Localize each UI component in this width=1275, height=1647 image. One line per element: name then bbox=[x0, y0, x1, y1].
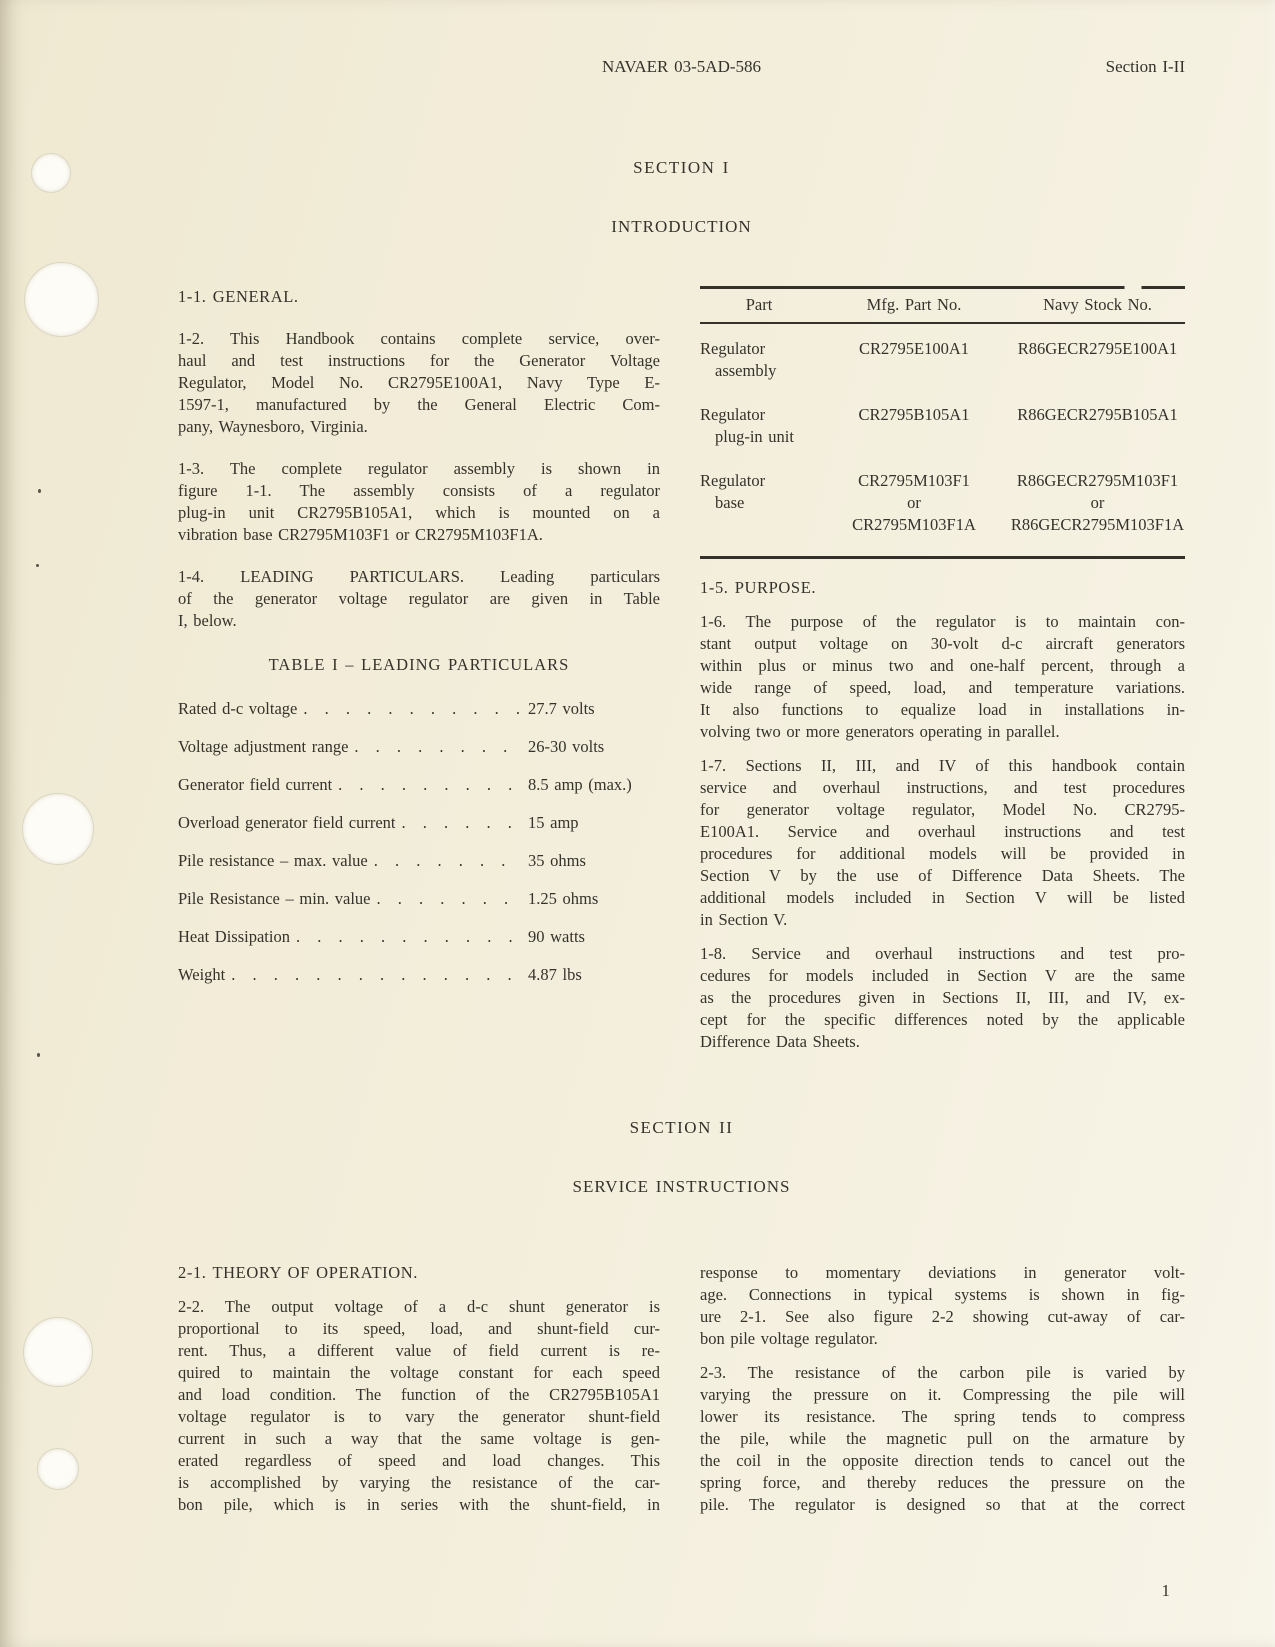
punch-hole bbox=[24, 262, 99, 337]
dot-leader bbox=[402, 804, 522, 842]
part-cell: Regulatorassembly bbox=[700, 338, 818, 382]
parts-table: Part Mfg. Part No. Navy Stock No. Regula… bbox=[700, 286, 1185, 559]
paragraph-2-2-continued: response to momentary deviations in gene… bbox=[700, 1262, 1185, 1350]
paragraph-1-2: 1-2. This Handbook contains complete ser… bbox=[178, 328, 660, 438]
header-section-label: Section I-II bbox=[1106, 56, 1185, 78]
section2-title: SECTION II bbox=[178, 1117, 1185, 1139]
dot-leader bbox=[377, 880, 522, 918]
particular-value: 1.25 ohms bbox=[528, 880, 660, 918]
table-row: Regulatorassembly CR2795E100A1 R86GECR27… bbox=[700, 338, 1185, 382]
dot-leader bbox=[303, 690, 522, 728]
punch-hole bbox=[22, 793, 94, 865]
parts-table-header: Part Mfg. Part No. Navy Stock No. bbox=[700, 289, 1185, 322]
particular-label: Pile resistance – max. value bbox=[178, 842, 368, 880]
particular-value: 35 ohms bbox=[528, 842, 660, 880]
section1-subtitle: INTRODUCTION bbox=[178, 216, 1185, 238]
section1-left-column: 1-1. GENERAL. 1-2. This Handbook contain… bbox=[178, 286, 660, 1065]
dot-leader bbox=[296, 918, 522, 956]
paragraph-1-7: 1-7. Sections II, III, and IV of this ha… bbox=[700, 755, 1185, 931]
table-row: Heat Dissipation 90 watts bbox=[178, 918, 660, 956]
particular-label: Pile Resistance – min. value bbox=[178, 880, 371, 918]
particular-label: Generator field current bbox=[178, 766, 332, 804]
page-number: 1 bbox=[178, 1580, 1185, 1602]
particular-value: 4.87 lbs bbox=[528, 956, 660, 994]
page-content: NAVAER 03-5AD-586 Section I-II SECTION I… bbox=[178, 56, 1185, 1602]
section2-right-column: response to momentary deviations in gene… bbox=[700, 1262, 1185, 1536]
section2-subtitle: SERVICE INSTRUCTIONS bbox=[178, 1176, 1185, 1198]
table1-title: TABLE I – LEADING PARTICULARS bbox=[178, 654, 660, 676]
table-rule-bottom bbox=[700, 556, 1185, 559]
dot-leader bbox=[231, 956, 522, 994]
paragraph-1-4: 1-4. LEADING PARTICULARS. Leading partic… bbox=[178, 566, 660, 632]
particular-label: Overload generator field current bbox=[178, 804, 396, 842]
table-row: Generator field current 8.5 amp (max.) bbox=[178, 766, 660, 804]
column-header-mfg: Mfg. Part No. bbox=[828, 294, 1000, 316]
punch-hole bbox=[37, 1448, 79, 1490]
section1-title: SECTION I bbox=[178, 157, 1185, 179]
mfg-part-no-cell: CR2795M103F1orCR2795M103F1A bbox=[828, 470, 1000, 536]
particular-label: Weight bbox=[178, 956, 225, 994]
dot-leader bbox=[338, 766, 522, 804]
mfg-part-no-cell: CR2795B105A1 bbox=[828, 404, 1000, 448]
navy-stock-no-cell: R86GECR2795M103F1orR86GECR2795M103F1A bbox=[1010, 470, 1185, 536]
particular-value: 26-30 volts bbox=[528, 728, 660, 766]
paragraph-1-8: 1-8. Service and overhaul instructions a… bbox=[700, 943, 1185, 1053]
table-row: Regulatorplug-in unit CR2795B105A1 R86GE… bbox=[700, 404, 1185, 448]
paper-speck bbox=[36, 564, 39, 567]
table-row: Overload generator field current 15 amp bbox=[178, 804, 660, 842]
part-cell: Regulatorbase bbox=[700, 470, 818, 536]
section1-right-column: Part Mfg. Part No. Navy Stock No. Regula… bbox=[700, 286, 1185, 1065]
heading-1-5: 1-5. PURPOSE. bbox=[700, 577, 1185, 599]
leading-particulars-table: Rated d-c voltage 27.7 volts Voltage adj… bbox=[178, 690, 660, 994]
navy-stock-no-cell: R86GECR2795B105A1 bbox=[1010, 404, 1185, 448]
paragraph-1-3: 1-3. The complete regulator assembly is … bbox=[178, 458, 660, 546]
section2-left-column: 2-1. THEORY OF OPERATION. 2-2. The outpu… bbox=[178, 1262, 660, 1536]
particular-value: 8.5 amp (max.) bbox=[528, 766, 660, 804]
mfg-part-no-cell: CR2795E100A1 bbox=[828, 338, 1000, 382]
table-row: Pile resistance – max. value 35 ohms bbox=[178, 842, 660, 880]
punch-hole bbox=[31, 153, 71, 193]
paragraph-2-3: 2-3. The resistance of the carbon pile i… bbox=[700, 1362, 1185, 1516]
page-header: NAVAER 03-5AD-586 Section I-II bbox=[178, 56, 1185, 78]
navy-stock-no-cell: R86GECR2795E100A1 bbox=[1010, 338, 1185, 382]
table-row: Pile Resistance – min. value 1.25 ohms bbox=[178, 880, 660, 918]
column-header-part: Part bbox=[700, 294, 818, 316]
part-cell: Regulatorplug-in unit bbox=[700, 404, 818, 448]
table-row: Voltage adjustment range 26-30 volts bbox=[178, 728, 660, 766]
dot-leader bbox=[354, 728, 522, 766]
particular-value: 27.7 volts bbox=[528, 690, 660, 728]
dot-leader bbox=[374, 842, 522, 880]
section2-columns: 2-1. THEORY OF OPERATION. 2-2. The outpu… bbox=[178, 1262, 1185, 1536]
parts-table-body: Regulatorassembly CR2795E100A1 R86GECR27… bbox=[700, 324, 1185, 556]
section1-columns: 1-1. GENERAL. 1-2. This Handbook contain… bbox=[178, 286, 1185, 1065]
particular-label: Rated d-c voltage bbox=[178, 690, 297, 728]
column-header-navy: Navy Stock No. bbox=[1010, 294, 1185, 316]
particular-label: Heat Dissipation bbox=[178, 918, 290, 956]
punch-hole bbox=[23, 1317, 93, 1387]
table-row: Rated d-c voltage 27.7 volts bbox=[178, 690, 660, 728]
manual-page: NAVAER 03-5AD-586 Section I-II SECTION I… bbox=[0, 0, 1275, 1647]
doc-number: NAVAER 03-5AD-586 bbox=[178, 56, 1185, 78]
heading-2-1: 2-1. THEORY OF OPERATION. bbox=[178, 1262, 660, 1284]
particular-value: 15 amp bbox=[528, 804, 660, 842]
heading-1-1: 1-1. GENERAL. bbox=[178, 286, 660, 308]
paragraph-1-6: 1-6. The purpose of the regulator is to … bbox=[700, 611, 1185, 743]
paragraph-2-2: 2-2. The output voltage of a d-c shunt g… bbox=[178, 1296, 660, 1516]
particular-value: 90 watts bbox=[528, 918, 660, 956]
table-row: Regulatorbase CR2795M103F1orCR2795M103F1… bbox=[700, 470, 1185, 536]
table-row: Weight 4.87 lbs bbox=[178, 956, 660, 994]
paper-speck bbox=[37, 1053, 40, 1057]
paper-speck bbox=[38, 489, 41, 493]
particular-label: Voltage adjustment range bbox=[178, 728, 348, 766]
